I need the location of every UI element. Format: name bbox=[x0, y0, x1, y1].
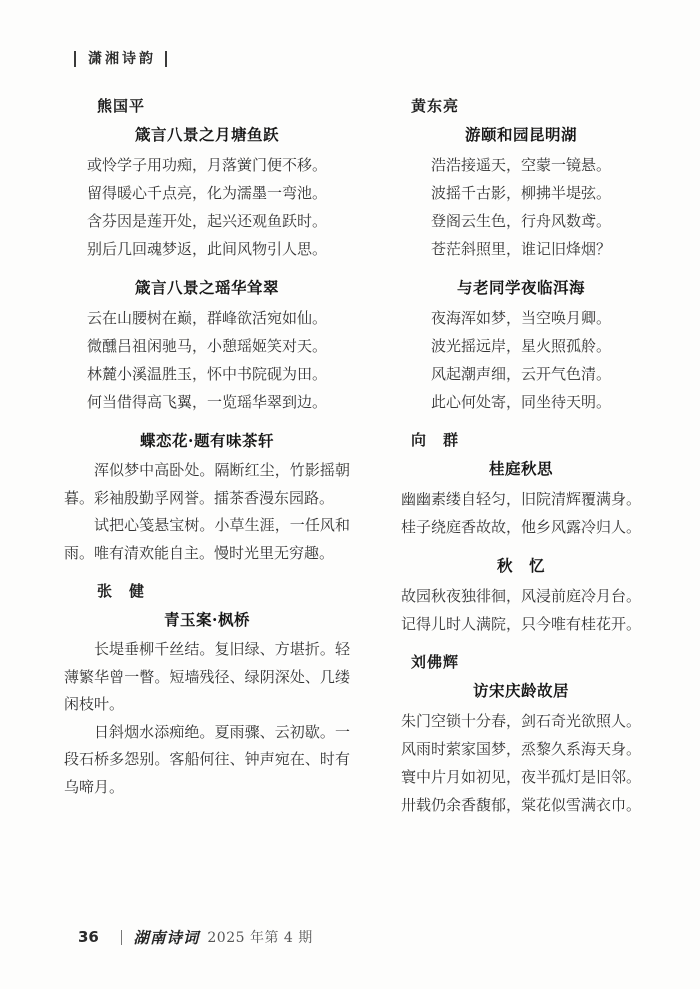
column-rubric: 潇湘诗韵 bbox=[74, 51, 167, 67]
verse-line: 登阁云生色，行舟风数鸢。 bbox=[378, 207, 664, 235]
page-header: 潇湘诗韵 bbox=[74, 48, 664, 66]
verse-line: 卅载仍余香馥郁，棠花似雪满衣巾。 bbox=[378, 791, 664, 819]
poem-title: 与老同学夜临洱海 bbox=[378, 277, 664, 299]
stanza: 试把心笺悬宝树。小草生涯，一任风和雨。唯有清欢能自主。慢时光里无穷趣。 bbox=[64, 512, 350, 567]
verse-line: 微醺吕祖闲驰马，小憩瑶姬笑对天。 bbox=[64, 332, 350, 360]
verse-line: 浩浩接遥天，空蒙一镜悬。 bbox=[378, 151, 664, 179]
issue-label: 2025 年第 4 期 bbox=[207, 927, 312, 947]
poem-title: 箴言八景之月塘鱼跃 bbox=[64, 124, 350, 146]
verse-line: 风雨时萦家国梦，烝黎久系海天身。 bbox=[378, 735, 664, 763]
verse-line: 云在山腰树在巅，群峰欲活宛如仙。 bbox=[64, 304, 350, 332]
poem-body: 长堤垂柳千丝结。复旧绿、方堪折。轻薄繁华曾一瞥。短墙残径、绿阴深处、几缕闲枝叶。… bbox=[64, 636, 350, 801]
verse-line: 苍茫斜照里，谁记旧烽烟？ bbox=[378, 235, 664, 263]
left-column: 熊国平 箴言八景之月塘鱼跃 或怜学子用功痴，月落黉门便不移。 留得暖心千点亮，化… bbox=[64, 96, 350, 833]
verse-line: 桂子绕庭香故故，他乡风露冷归人。 bbox=[378, 513, 664, 541]
stanza: 浑似梦中高卧处。隔断红尘，竹影摇朝暮。彩袖殷勤孚网誉。擂茶香漫东园路。 bbox=[64, 457, 350, 512]
journal-page: 潇湘诗韵 熊国平 箴言八景之月塘鱼跃 或怜学子用功痴，月落黉门便不移。 留得暖心… bbox=[0, 0, 700, 989]
verse-line: 或怜学子用功痴，月落黉门便不移。 bbox=[64, 151, 350, 179]
page-number: 36 bbox=[78, 928, 99, 946]
stanza: 日斜烟水添痴绝。夏雨骤、云初歇。一段石桥多怨别。客船何往、钟声宛在、时有乌啼月。 bbox=[64, 719, 350, 802]
poem-title: 访宋庆龄故居 bbox=[378, 680, 664, 702]
verse-line: 寰中片月如初见，夜半孤灯是旧邻。 bbox=[378, 763, 664, 791]
verse-line: 波摇千古影，柳拂半堤弦。 bbox=[378, 179, 664, 207]
verse-line: 记得儿时人满院，只今唯有桂花开。 bbox=[378, 610, 664, 638]
poem-body: 幽幽素缕自轻匀，旧院清辉覆满身。 桂子绕庭香故故，他乡风露冷归人。 bbox=[378, 485, 664, 541]
poet-name: 刘佛辉 bbox=[378, 652, 664, 672]
poem: 游颐和园昆明湖 浩浩接遥天，空蒙一镜悬。 波摇千古影，柳拂半堤弦。 登阁云生色，… bbox=[378, 124, 664, 263]
poem: 青玉案·枫桥 长堤垂柳千丝结。复旧绿、方堪折。轻薄繁华曾一瞥。短墙残径、绿阴深处… bbox=[64, 609, 350, 801]
poem-title: 青玉案·枫桥 bbox=[64, 609, 350, 631]
verse-line: 此心何处寄，同坐待天明。 bbox=[378, 388, 664, 416]
poem: 蝶恋花·题有味茶轩 浑似梦中高卧处。隔断红尘，竹影摇朝暮。彩袖殷勤孚网誉。擂茶香… bbox=[64, 430, 350, 567]
poem-title: 箴言八景之瑶华耸翠 bbox=[64, 277, 350, 299]
verse-line: 别后几回魂梦返，此间风物引人思。 bbox=[64, 235, 350, 263]
verse-line: 波光摇远岸，星火照孤舲。 bbox=[378, 332, 664, 360]
poem-body: 或怜学子用功痴，月落黉门便不移。 留得暖心千点亮，化为濡墨一弯池。 含芬因是莲开… bbox=[64, 151, 350, 263]
poem: 与老同学夜临洱海 夜海浑如梦，当空唤月卿。 波光摇远岸，星火照孤舲。 风起潮声细… bbox=[378, 277, 664, 416]
verse-line: 留得暖心千点亮，化为濡墨一弯池。 bbox=[64, 179, 350, 207]
verse-line: 何当借得高飞翼，一览瑶华翠到边。 bbox=[64, 388, 350, 416]
verse-line: 幽幽素缕自轻匀，旧院清辉覆满身。 bbox=[378, 485, 664, 513]
verse-line: 风起潮声细，云开气色清。 bbox=[378, 360, 664, 388]
poem-title: 秋 忆 bbox=[378, 555, 664, 577]
poet-name: 向 群 bbox=[378, 430, 664, 450]
journal-name: 湖南诗词 bbox=[133, 926, 199, 948]
poem: 箴言八景之瑶华耸翠 云在山腰树在巅，群峰欲活宛如仙。 微醺吕祖闲驰马，小憩瑶姬笑… bbox=[64, 277, 350, 416]
poet-name: 熊国平 bbox=[64, 96, 350, 116]
poem: 桂庭秋思 幽幽素缕自轻匀，旧院清辉覆满身。 桂子绕庭香故故，他乡风露冷归人。 bbox=[378, 458, 664, 541]
poem-body: 浑似梦中高卧处。隔断红尘，竹影摇朝暮。彩袖殷勤孚网誉。擂茶香漫东园路。 试把心笺… bbox=[64, 457, 350, 567]
poem-body: 浩浩接遥天，空蒙一镜悬。 波摇千古影，柳拂半堤弦。 登阁云生色，行舟风数鸢。 苍… bbox=[378, 151, 664, 263]
poem-title: 桂庭秋思 bbox=[378, 458, 664, 480]
poem: 访宋庆龄故居 朱门空锁十分春，剑石奇光欲照人。 风雨时萦家国梦，烝黎久系海天身。… bbox=[378, 680, 664, 819]
verse-line: 含芬因是莲开处，起兴还观鱼跃时。 bbox=[64, 207, 350, 235]
verse-line: 朱门空锁十分春，剑石奇光欲照人。 bbox=[378, 707, 664, 735]
right-column: 黄东亮 游颐和园昆明湖 浩浩接遥天，空蒙一镜悬。 波摇千古影，柳拂半堤弦。 登阁… bbox=[378, 96, 664, 833]
verse-line: 林麓小溪温胜玉，怀中书院砚为田。 bbox=[64, 360, 350, 388]
footer-divider bbox=[121, 930, 123, 945]
poem-title: 蝶恋花·题有味茶轩 bbox=[64, 430, 350, 452]
verse-line: 夜海浑如梦，当空唤月卿。 bbox=[378, 304, 664, 332]
poem-title: 游颐和园昆明湖 bbox=[378, 124, 664, 146]
poem-body: 云在山腰树在巅，群峰欲活宛如仙。 微醺吕祖闲驰马，小憩瑶姬笑对天。 林麓小溪温胜… bbox=[64, 304, 350, 416]
poem: 秋 忆 故园秋夜独徘徊，风浸前庭冷月台。 记得儿时人满院，只今唯有桂花开。 bbox=[378, 555, 664, 638]
poem-body: 夜海浑如梦，当空唤月卿。 波光摇远岸，星火照孤舲。 风起潮声细，云开气色清。 此… bbox=[378, 304, 664, 416]
poem: 箴言八景之月塘鱼跃 或怜学子用功痴，月落黉门便不移。 留得暖心千点亮，化为濡墨一… bbox=[64, 124, 350, 263]
stanza: 长堤垂柳千丝结。复旧绿、方堪折。轻薄繁华曾一瞥。短墙残径、绿阴深处、几缕闲枝叶。 bbox=[64, 636, 350, 719]
verse-line: 故园秋夜独徘徊，风浸前庭冷月台。 bbox=[378, 582, 664, 610]
poem-body: 朱门空锁十分春，剑石奇光欲照人。 风雨时萦家国梦，烝黎久系海天身。 寰中片月如初… bbox=[378, 707, 664, 819]
poet-name: 张 健 bbox=[64, 581, 350, 601]
poem-body: 故园秋夜独徘徊，风浸前庭冷月台。 记得儿时人满院，只今唯有桂花开。 bbox=[378, 582, 664, 638]
poet-name: 黄东亮 bbox=[378, 96, 664, 116]
page-footer: 36 湖南诗词 2025 年第 4 期 bbox=[78, 927, 313, 947]
two-column-layout: 熊国平 箴言八景之月塘鱼跃 或怜学子用功痴，月落黉门便不移。 留得暖心千点亮，化… bbox=[64, 96, 664, 833]
